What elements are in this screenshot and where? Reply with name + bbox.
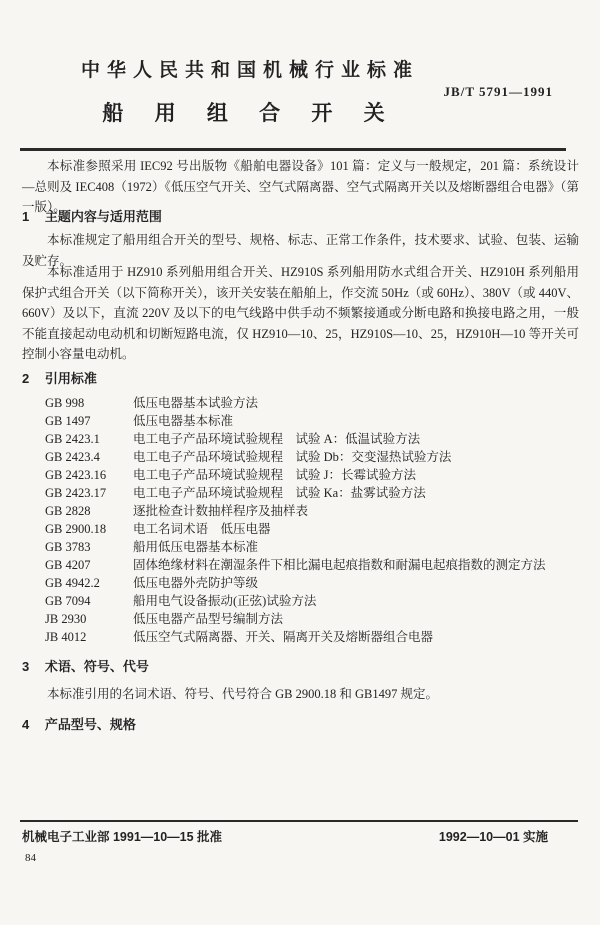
reference-item: GB 2423.1电工电子产品环境试验规程 试验 A：低温试验方法 — [45, 430, 579, 448]
section-number: 4 — [22, 717, 29, 732]
reference-title: 低压空气式隔离器、开关、隔离开关及熔断器组合电器 — [133, 628, 433, 646]
reference-item: GB 7094船用电气设备振动(正弦)试验方法 — [45, 592, 579, 610]
section-heading-references: 2 引用标准 — [22, 368, 579, 387]
reference-item: GB 2828逐批检查计数抽样程序及抽样表 — [45, 502, 579, 520]
section-heading-scope: 1 主题内容与适用范围 — [22, 206, 579, 225]
section-title: 主题内容与适用范围 — [45, 209, 162, 224]
reference-title: 固体绝缘材料在潮湿条件下相比漏电起痕指数和耐漏电起痕指数的测定方法 — [133, 556, 546, 574]
reference-title: 电工电子产品环境试验规程 试验 A：低温试验方法 — [133, 430, 420, 448]
reference-code: GB 2423.17 — [45, 484, 133, 502]
approval-note: 机械电子工业部 1991—10—15 批准 — [22, 827, 222, 845]
reference-title: 低压电器产品型号编制方法 — [133, 610, 283, 628]
reference-code: GB 4942.2 — [45, 574, 133, 592]
reference-code: GB 2900.18 — [45, 520, 133, 538]
reference-item: GB 2900.18电工名词术语 低压电器 — [45, 520, 579, 538]
reference-item: GB 2423.16电工电子产品环境试验规程 试验 J：长霉试验方法 — [45, 466, 579, 484]
reference-item: GB 3783船用低压电器基本标准 — [45, 538, 579, 556]
reference-item: GB 4207固体绝缘材料在潮湿条件下相比漏电起痕指数和耐漏电起痕指数的测定方法 — [45, 556, 579, 574]
implementation-note: 1992—10—01 实施 — [439, 827, 548, 845]
reference-code: GB 2828 — [45, 502, 133, 520]
reference-item: GB 998低压电器基本试验方法 — [45, 394, 579, 412]
header-divider-rule — [20, 148, 566, 151]
reference-title: 低压电器基本标准 — [133, 412, 233, 430]
reference-title: 电工电子产品环境试验规程 试验 J：长霉试验方法 — [133, 466, 416, 484]
reference-standards-list: GB 998低压电器基本试验方法 GB 1497低压电器基本标准 GB 2423… — [45, 394, 579, 646]
reference-code: JB 4012 — [45, 628, 133, 646]
reference-code: GB 2423.4 — [45, 448, 133, 466]
section-number: 3 — [22, 659, 29, 674]
reference-code: GB 1497 — [45, 412, 133, 430]
terms-paragraph: 本标准引用的名词术语、符号、代号符合 GB 2900.18 和 GB1497 规… — [22, 684, 579, 705]
reference-item: GB 1497低压电器基本标准 — [45, 412, 579, 430]
reference-item: JB 2930低压电器产品型号编制方法 — [45, 610, 579, 628]
reference-code: GB 3783 — [45, 538, 133, 556]
footer-divider-rule — [20, 820, 578, 822]
section-title: 术语、符号、代号 — [45, 659, 149, 674]
reference-item: GB 2423.17电工电子产品环境试验规程 试验 Ka：盐雾试验方法 — [45, 484, 579, 502]
reference-title: 船用低压电器基本标准 — [133, 538, 258, 556]
standard-title: 船 用 组 合 开 关 — [0, 97, 500, 127]
scope-paragraph-2: 本标准适用于 HZ910 系列船用组合开关、HZ910S 系列船用防水式组合开关… — [22, 262, 579, 365]
reference-title: 逐批检查计数抽样程序及抽样表 — [133, 502, 308, 520]
section-number: 2 — [22, 371, 29, 386]
reference-item: GB 2423.4电工电子产品环境试验规程 试验 Db：交变湿热试验方法 — [45, 448, 579, 466]
reference-item: GB 4942.2低压电器外壳防护等级 — [45, 574, 579, 592]
reference-title: 船用电气设备振动(正弦)试验方法 — [133, 592, 316, 610]
reference-title: 电工电子产品环境试验规程 试验 Ka：盐雾试验方法 — [133, 484, 426, 502]
section-number: 1 — [22, 209, 29, 224]
reference-item: JB 4012低压空气式隔离器、开关、隔离开关及熔断器组合电器 — [45, 628, 579, 646]
page-number: 84 — [25, 852, 36, 864]
reference-title: 低压电器基本试验方法 — [133, 394, 258, 412]
reference-code: JB 2930 — [45, 610, 133, 628]
reference-code: GB 4207 — [45, 556, 133, 574]
section-heading-terms: 3 术语、符号、代号 — [22, 656, 579, 675]
reference-code: GB 998 — [45, 394, 133, 412]
section-heading-models: 4 产品型号、规格 — [22, 714, 579, 733]
reference-code: GB 7094 — [45, 592, 133, 610]
document-page: 中华人民共和国机械行业标准 JB/T 5791—1991 船 用 组 合 开 关… — [0, 0, 600, 925]
reference-code: GB 2423.16 — [45, 466, 133, 484]
reference-code: GB 2423.1 — [45, 430, 133, 448]
reference-title: 电工名词术语 低压电器 — [133, 520, 271, 538]
section-title: 引用标准 — [45, 371, 97, 386]
section-title: 产品型号、规格 — [45, 717, 136, 732]
reference-title: 低压电器外壳防护等级 — [133, 574, 258, 592]
standard-org-title: 中华人民共和国机械行业标准 — [0, 55, 500, 82]
reference-title: 电工电子产品环境试验规程 试验 Db：交变湿热试验方法 — [133, 448, 451, 466]
